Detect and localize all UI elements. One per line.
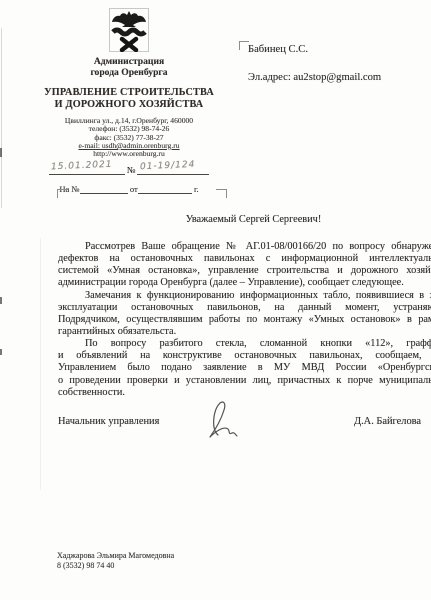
reply-date-blank bbox=[138, 183, 192, 194]
signer-position: Начальник управления bbox=[58, 416, 159, 427]
body-line: Управлением было подано заявление в МУ М… bbox=[58, 362, 431, 374]
body-line: собственности. bbox=[58, 387, 431, 399]
scan-speck bbox=[0, 349, 2, 355]
letter-body: Уважаемый Сергей Сергеевич! Рассмотрев В… bbox=[58, 213, 431, 399]
scan-edge-artifact bbox=[1, 28, 2, 208]
scan-speck bbox=[0, 297, 2, 304]
addressee-name: Бабинец С.С. bbox=[248, 44, 381, 55]
reply-suffix: г. bbox=[194, 184, 199, 194]
ref-number-blank: 01-19/124 bbox=[137, 164, 209, 175]
executor-block: Хаджарова Эльмира Магомедовна 8 (3532) 9… bbox=[57, 551, 174, 571]
salutation: Уважаемый Сергей Сергеевич! bbox=[58, 213, 431, 226]
ref-date-blank: 15.01.2021 bbox=[49, 164, 125, 175]
addressee-block: Бабинец С.С. Эл.адрес: au2stop@gmail.com bbox=[248, 44, 381, 83]
body-line: администрации города Оренбурга (далее – … bbox=[58, 277, 431, 289]
outgoing-ref-line: 15.01.2021 № 01-19/124 bbox=[34, 164, 224, 179]
scanned-letter-page: Администрация города Оренбурга УПРАВЛЕНИ… bbox=[0, 0, 431, 600]
org-name-line1: Администрация bbox=[34, 56, 224, 67]
body-line: гарантийных обязательста. bbox=[58, 326, 431, 338]
handwritten-number: 01-19/124 bbox=[140, 160, 196, 172]
body-line: и объявлений на конструктиве остановочны… bbox=[58, 350, 431, 362]
paragraph-1: Рассмотрев Ваше обращение № АГ.01-08/001… bbox=[58, 241, 431, 290]
letterhead: Администрация города Оренбурга УПРАВЛЕНИ… bbox=[34, 8, 224, 194]
addressee-email: Эл.адрес: au2stop@gmail.com bbox=[248, 72, 381, 83]
zone-corner-mark-right bbox=[216, 189, 227, 198]
zone-corner-mark-left bbox=[57, 189, 68, 198]
body-line: Подрядчиком, осуществлявшим работы по мо… bbox=[58, 314, 431, 326]
paragraph-3: По вопросу разбитого стекла, сломанной к… bbox=[58, 338, 431, 399]
org-name-line2: города Оренбурга bbox=[34, 67, 224, 78]
body-line: системой «Умная остановка», управление с… bbox=[58, 265, 431, 277]
scan-fold-line bbox=[40, 238, 41, 490]
handwritten-signature-icon bbox=[203, 398, 251, 444]
executor-phone: 8 (3532) 98 74 40 bbox=[57, 561, 174, 571]
paragraph-2: Замечания к функционированию информацион… bbox=[58, 290, 431, 339]
ref-number-symbol: № bbox=[127, 165, 136, 175]
body-line: эксплуатации остановочных павильонов, на… bbox=[58, 302, 431, 314]
orenburg-coat-of-arms-icon bbox=[109, 8, 149, 52]
reply-mid: от bbox=[130, 184, 138, 194]
handwritten-date: 15.01.2021 bbox=[50, 160, 112, 173]
body-line: дефектов на остановочных павильонах с ин… bbox=[58, 253, 431, 265]
body-line: Рассмотрев Ваше обращение № АГ.01-08/001… bbox=[58, 241, 431, 253]
body-line: о проведении проверки и установлении лиц… bbox=[58, 375, 431, 387]
letterhead-website: http://www.orenburg.ru bbox=[34, 150, 224, 158]
scan-speck bbox=[0, 148, 2, 157]
dept-name-line2: И ДОРОЖНОГО ХОЗЯЙСТВА bbox=[34, 99, 224, 111]
body-line: По вопросу разбитого стекла, сломанной к… bbox=[58, 338, 431, 350]
reply-number-blank bbox=[80, 183, 128, 194]
signer-name: Д.А. Байгелова bbox=[354, 416, 421, 427]
dept-name-line1: УПРАВЛЕНИЕ СТРОИТЕЛЬСТВА bbox=[34, 87, 224, 99]
executor-name: Хаджарова Эльмира Магомедовна bbox=[57, 551, 174, 561]
body-line: Замечания к функционированию информацион… bbox=[58, 290, 431, 302]
